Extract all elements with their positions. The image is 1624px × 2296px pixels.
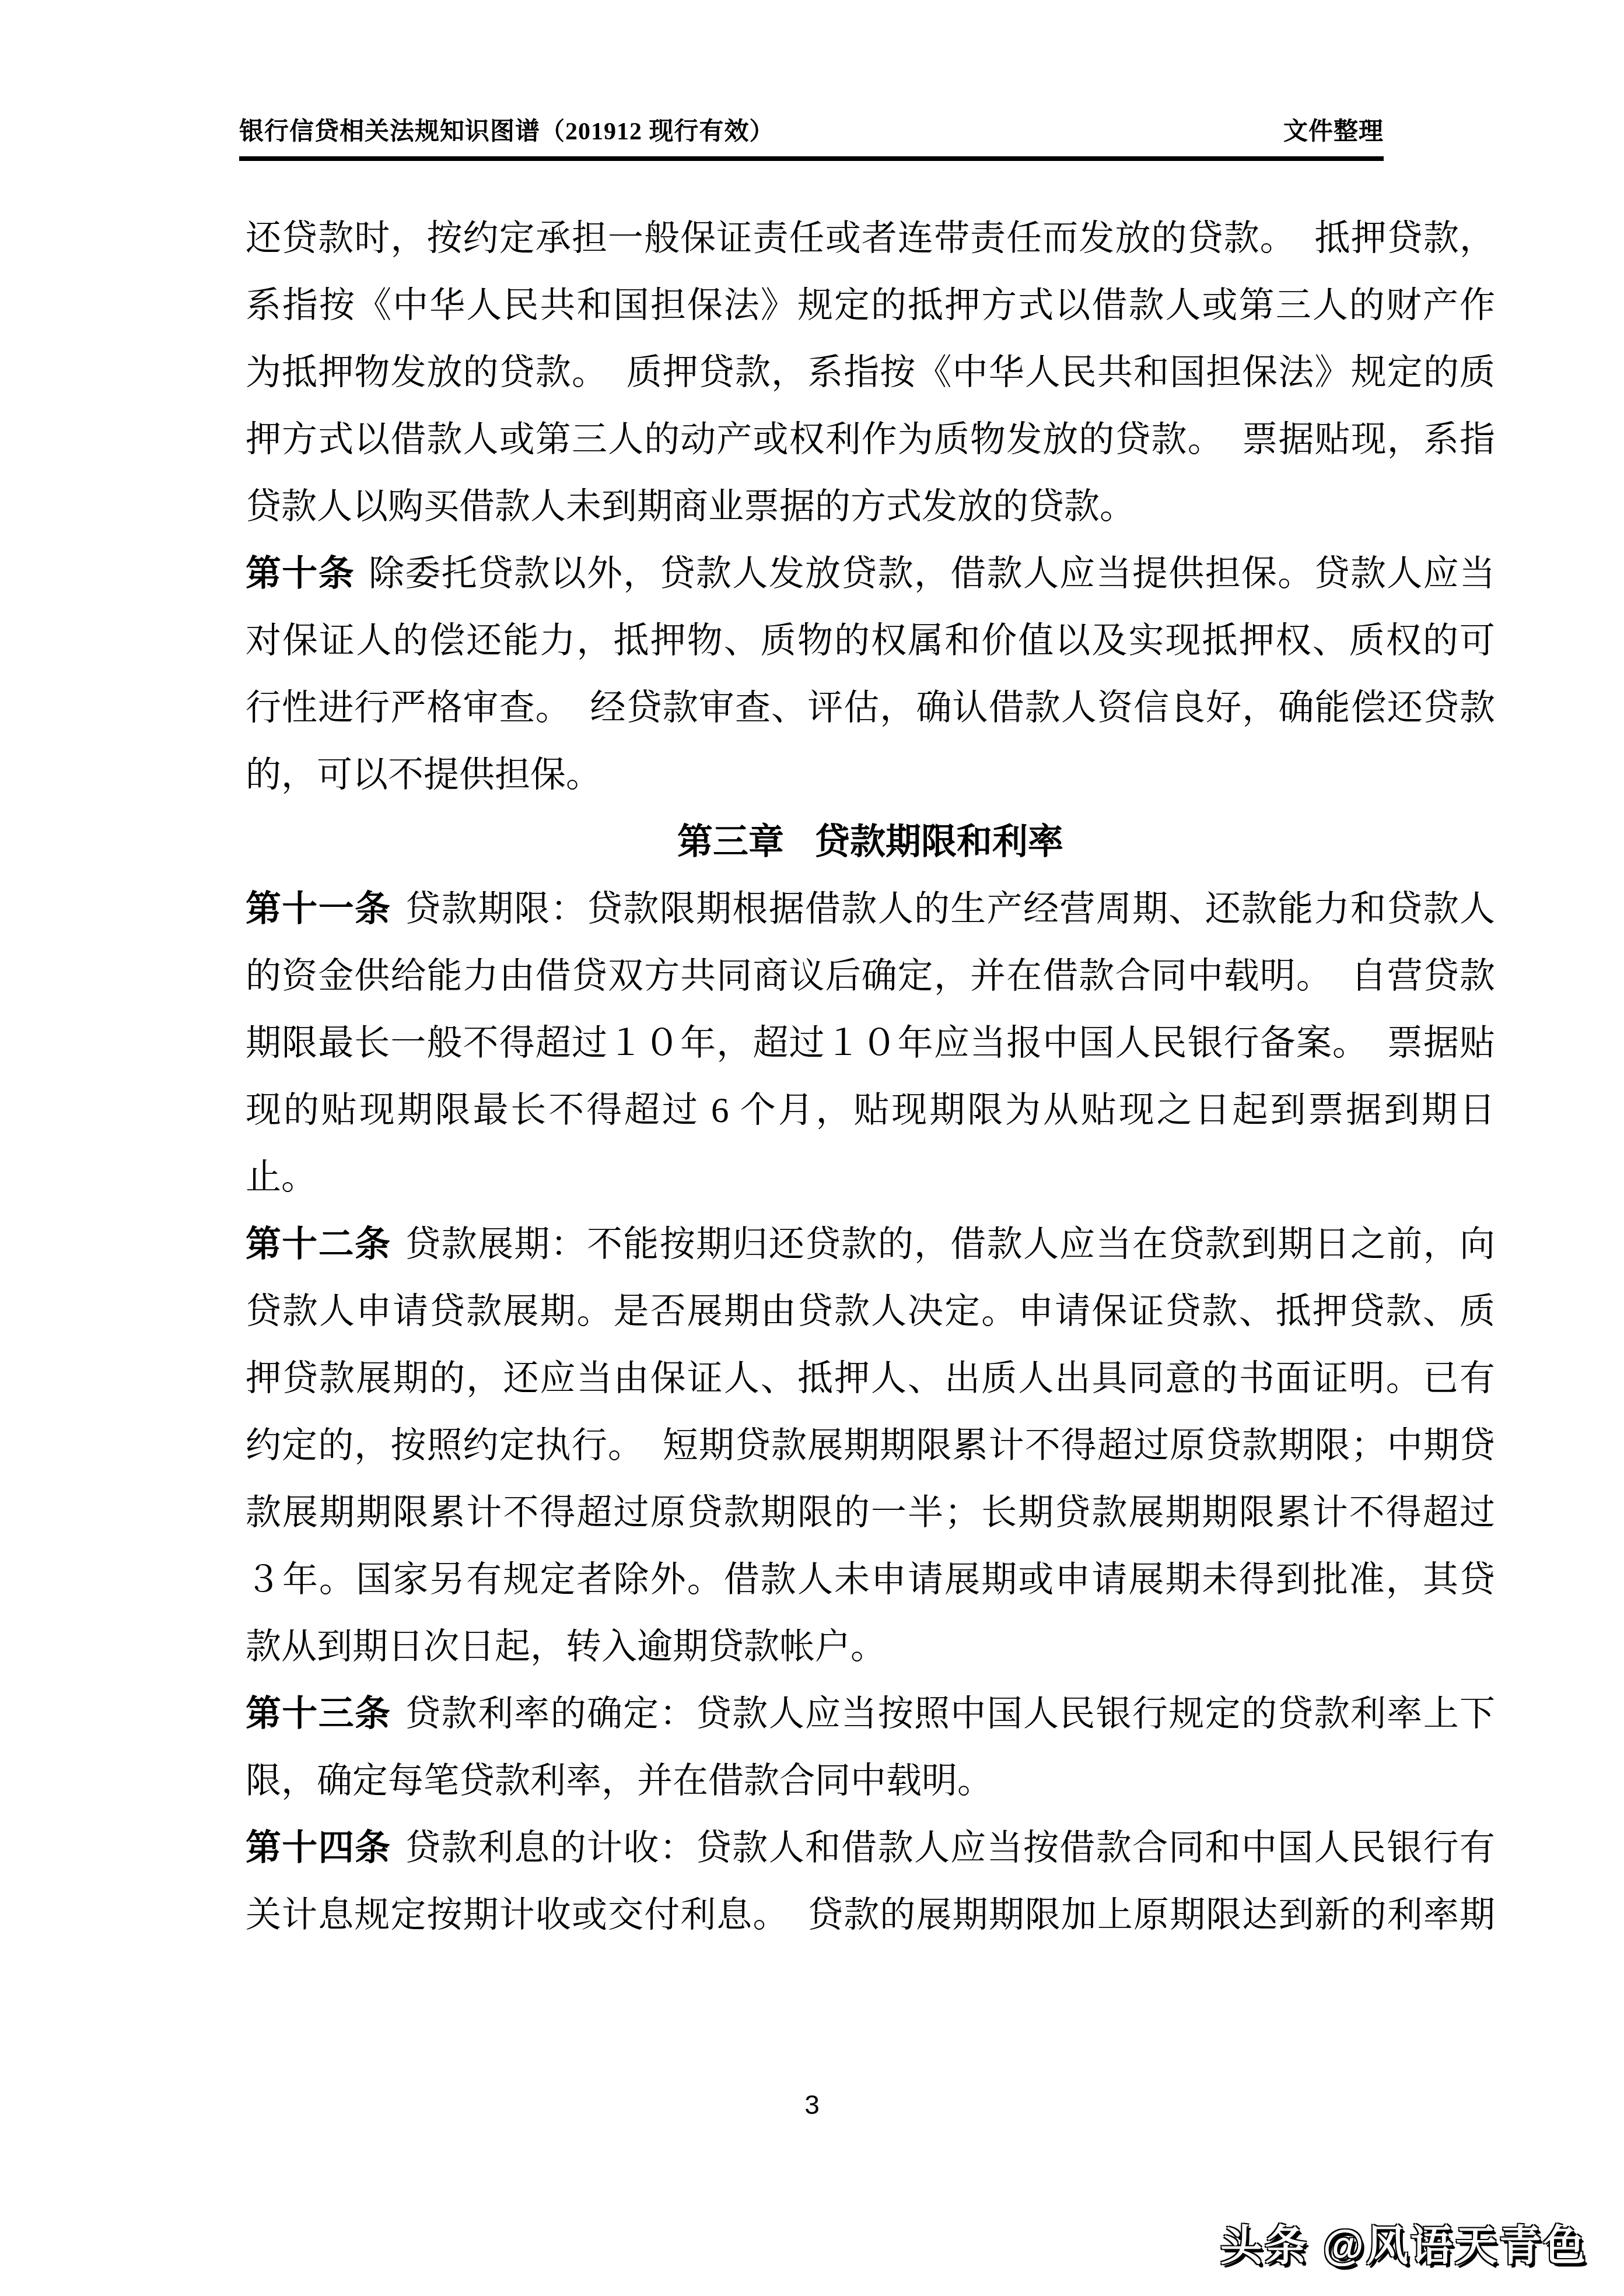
article-12-line: 第十二条贷款展期：不能按期归还贷款的，借款人应当在贷款到期日之前，向 xyxy=(246,1211,1495,1278)
text-line: 款从到期日次日起，转入逾期贷款帐户。 xyxy=(246,1614,1495,1681)
chapter-number: 第三章 xyxy=(677,823,784,862)
header-label: 文件整理 xyxy=(1283,112,1384,147)
document-page: 银行信贷相关法规知识图谱（201912 现行有效） 文件整理 还贷款时，按约定承… xyxy=(0,0,1624,2296)
text-line: ３年。国家另有规定者除外。借款人未申请展期或申请展期未得到批准，其贷 xyxy=(246,1547,1495,1614)
text-line: 贷款人申请贷款展期。是否展期由贷款人决定。申请保证贷款、抵押贷款、质 xyxy=(246,1278,1495,1345)
line-text: 押贷款展期的，还应当由保证人、抵押人、出质人出具同意的书面证明。已有 xyxy=(246,1359,1495,1398)
article-lead: 第十一条 xyxy=(246,890,391,929)
line-text: 款展期期限累计不得超过原贷款期限的一半；长期贷款展期期限累计不得超过 xyxy=(246,1494,1495,1533)
article-11-line: 第十一条贷款期限：贷款限期根据借款人的生产经营周期、还款能力和贷款人 xyxy=(246,876,1495,943)
text-line: 行性进行严格审查。 经贷款审查、评估，确认借款人资信良好，确能偿还贷款 xyxy=(246,675,1495,742)
line-text: 贷款人以购买借款人未到期商业票据的方式发放的贷款。 xyxy=(246,488,1135,527)
line-text: 期限最长一般不得超过１０年，超过１０年应当报中国人民银行备案。 票据贴 xyxy=(246,1024,1495,1063)
page-header: 银行信贷相关法规知识图谱（201912 现行有效） 文件整理 xyxy=(239,112,1384,161)
chapter-title: 贷款期限和利率 xyxy=(814,823,1063,862)
text-line: 期限最长一般不得超过１０年，超过１０年应当报中国人民银行备案。 票据贴 xyxy=(246,1010,1495,1077)
line-text: 关计息规定按期计收或交付利息。 贷款的展期期限加上原期限达到新的利率期 xyxy=(246,1896,1495,1935)
line-text: 贷款展期：不能按期归还贷款的，借款人应当在贷款到期日之前，向 xyxy=(405,1225,1495,1264)
line-text: 对保证人的偿还能力，抵押物、质物的权属和价值以及实现抵押权、质权的可 xyxy=(246,622,1495,661)
text-line: 的资金供给能力由借贷双方共同商议后确定，并在借款合同中载明。 自营贷款 xyxy=(246,943,1495,1010)
line-text: 贷款利率的确定：贷款人应当按照中国人民银行规定的贷款利率上下 xyxy=(405,1695,1495,1734)
line-text: 行性进行严格审查。 经贷款审查、评估，确认借款人资信良好，确能偿还贷款 xyxy=(246,689,1495,728)
line-text: 系指按《中华人民共和国担保法》规定的抵押方式以借款人或第三人的财产作 xyxy=(246,286,1495,325)
article-lead: 第十二条 xyxy=(246,1225,391,1264)
line-text: 止。 xyxy=(246,1158,317,1197)
line-text: ３年。国家另有规定者除外。借款人未申请展期或申请展期未得到批准，其贷 xyxy=(246,1561,1495,1600)
chapter-heading: 第三章贷款期限和利率 xyxy=(246,809,1495,876)
article-lead: 第十四条 xyxy=(246,1829,391,1868)
text-line: 系指按《中华人民共和国担保法》规定的抵押方式以借款人或第三人的财产作 xyxy=(246,272,1495,339)
line-text: 还贷款时，按约定承担一般保证责任或者连带责任而发放的贷款。 抵押贷款， xyxy=(246,219,1495,258)
text-line: 限，确定每笔贷款利率，并在借款合同中载明。 xyxy=(246,1748,1495,1815)
document-body: 还贷款时，按约定承担一般保证责任或者连带责任而发放的贷款。 抵押贷款， 系指按《… xyxy=(246,205,1495,1949)
line-text: 限，确定每笔贷款利率，并在借款合同中载明。 xyxy=(246,1762,993,1801)
line-text: 款从到期日次日起，转入逾期贷款帐户。 xyxy=(246,1628,886,1667)
text-line: 还贷款时，按约定承担一般保证责任或者连带责任而发放的贷款。 抵押贷款， xyxy=(246,205,1495,272)
text-line: 约定的，按照约定执行。 短期贷款展期期限累计不得超过原贷款期限；中期贷 xyxy=(246,1412,1495,1480)
article-lead: 第十三条 xyxy=(246,1695,391,1734)
line-text: 贷款利息的计收：贷款人和借款人应当按借款合同和中国人民银行有 xyxy=(405,1829,1495,1868)
line-text: 除委托贷款以外，贷款人发放贷款，借款人应当提供担保。贷款人应当 xyxy=(369,555,1495,594)
text-line: 款展期期限累计不得超过原贷款期限的一半；长期贷款展期期限累计不得超过 xyxy=(246,1480,1495,1547)
text-line: 的，可以不提供担保。 xyxy=(246,742,1495,809)
line-text: 贷款人申请贷款展期。是否展期由贷款人决定。申请保证贷款、抵押贷款、质 xyxy=(246,1292,1495,1331)
header-title: 银行信贷相关法规知识图谱（201912 现行有效） xyxy=(239,112,775,147)
article-13-line: 第十三条贷款利率的确定：贷款人应当按照中国人民银行规定的贷款利率上下 xyxy=(246,1681,1495,1748)
line-text: 的，可以不提供担保。 xyxy=(246,756,601,795)
line-text: 押方式以借款人或第三人的动产或权利作为质物发放的贷款。 票据贴现，系指 xyxy=(246,420,1495,460)
text-line: 押贷款展期的，还应当由保证人、抵押人、出质人出具同意的书面证明。已有 xyxy=(246,1345,1495,1412)
line-text: 的资金供给能力由借贷双方共同商议后确定，并在借款合同中载明。 自营贷款 xyxy=(246,957,1495,996)
text-line: 现的贴现期限最长不得超过 6 个月，贴现期限为从贴现之日起到票据到期日 xyxy=(246,1077,1495,1144)
text-line: 对保证人的偿还能力，抵押物、质物的权属和价值以及实现抵押权、质权的可 xyxy=(246,608,1495,675)
text-line: 贷款人以购买借款人未到期商业票据的方式发放的贷款。 xyxy=(246,474,1495,541)
line-text: 现的贴现期限最长不得超过 6 个月，贴现期限为从贴现之日起到票据到期日 xyxy=(246,1091,1495,1130)
text-line: 止。 xyxy=(246,1144,1495,1211)
watermark: 头条 @风语天青色 xyxy=(1220,2211,1588,2272)
article-lead: 第十条 xyxy=(246,555,355,594)
page-number: 3 xyxy=(0,2089,1624,2120)
text-line: 关计息规定按期计收或交付利息。 贷款的展期期限加上原期限达到新的利率期 xyxy=(246,1882,1495,1949)
line-text: 贷款期限：贷款限期根据借款人的生产经营周期、还款能力和贷款人 xyxy=(405,890,1495,929)
line-text: 约定的，按照约定执行。 短期贷款展期期限累计不得超过原贷款期限；中期贷 xyxy=(246,1426,1495,1466)
line-text: 为抵押物发放的贷款。 质押贷款，系指按《中华人民共和国担保法》规定的质 xyxy=(246,353,1495,392)
text-line: 为抵押物发放的贷款。 质押贷款，系指按《中华人民共和国担保法》规定的质 xyxy=(246,339,1495,406)
article-10-line: 第十条除委托贷款以外，贷款人发放贷款，借款人应当提供担保。贷款人应当 xyxy=(246,541,1495,608)
article-14-line: 第十四条贷款利息的计收：贷款人和借款人应当按借款合同和中国人民银行有 xyxy=(246,1815,1495,1882)
text-line: 押方式以借款人或第三人的动产或权利作为质物发放的贷款。 票据贴现，系指 xyxy=(246,406,1495,474)
